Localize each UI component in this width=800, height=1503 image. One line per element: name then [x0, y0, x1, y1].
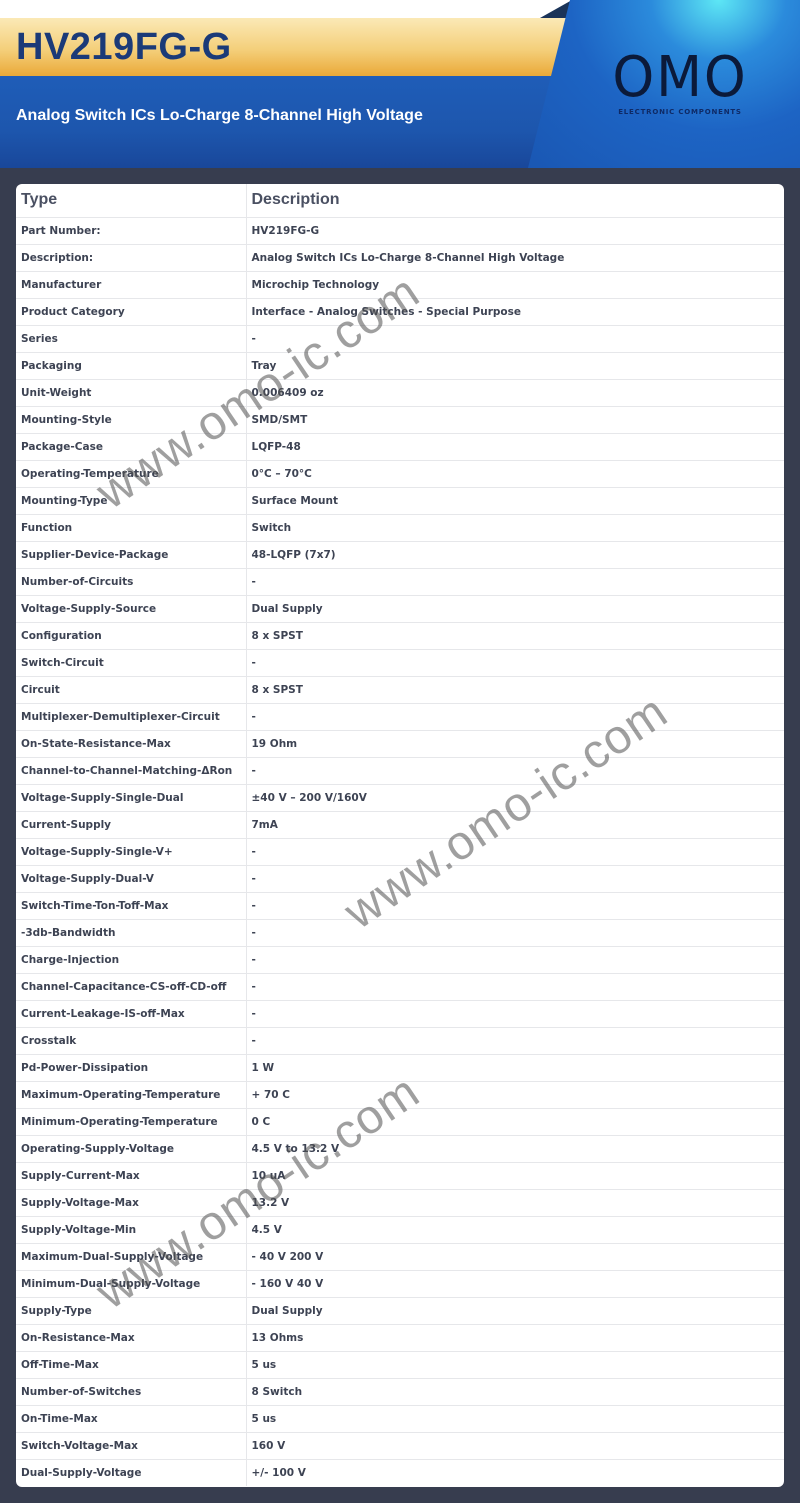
table-row: Product CategoryInterface - Analog Switc…: [16, 298, 784, 325]
table-row: Off-Time-Max5 us: [16, 1351, 784, 1378]
spec-value: 0.006409 oz: [246, 379, 784, 406]
table-row: PackagingTray: [16, 352, 784, 379]
column-header-description: Description: [246, 184, 784, 217]
table-row: On-Resistance-Max13 Ohms: [16, 1324, 784, 1351]
spec-type: Switch-Time-Ton-Toff-Max: [16, 892, 246, 919]
spec-value: 13 Ohms: [246, 1324, 784, 1351]
spec-value: 160 V: [246, 1432, 784, 1459]
spec-type: Supplier-Device-Package: [16, 541, 246, 568]
spec-value: Switch: [246, 514, 784, 541]
spec-type: Voltage-Supply-Single-V+: [16, 838, 246, 865]
spec-value: -: [246, 919, 784, 946]
spec-value: Analog Switch ICs Lo-Charge 8-Channel Hi…: [246, 244, 784, 271]
spec-value: Tray: [246, 352, 784, 379]
spec-type: Current-Leakage-IS-off-Max: [16, 1000, 246, 1027]
spec-type: Description:: [16, 244, 246, 271]
spec-value: -: [246, 865, 784, 892]
spec-type: On-State-Resistance-Max: [16, 730, 246, 757]
spec-type: Crosstalk: [16, 1027, 246, 1054]
table-row: Supply-Voltage-Min4.5 V: [16, 1216, 784, 1243]
spec-value: -: [246, 325, 784, 352]
table-row: Voltage-Supply-Single-V+-: [16, 838, 784, 865]
table-row: Mounting-TypeSurface Mount: [16, 487, 784, 514]
spec-value: 4.5 V to 13.2 V: [246, 1135, 784, 1162]
spec-value: 4.5 V: [246, 1216, 784, 1243]
spec-value: 8 x SPST: [246, 676, 784, 703]
spec-value: 13.2 V: [246, 1189, 784, 1216]
spec-value: 0°C – 70°C: [246, 460, 784, 487]
spec-value: 5 us: [246, 1351, 784, 1378]
spec-value: -: [246, 973, 784, 1000]
spec-type: Mounting-Type: [16, 487, 246, 514]
spec-type: Maximum-Operating-Temperature: [16, 1081, 246, 1108]
table-row: Voltage-Supply-Dual-V-: [16, 865, 784, 892]
spec-value: - 160 V 40 V: [246, 1270, 784, 1297]
spec-value: 5 us: [246, 1405, 784, 1432]
spec-value: -: [246, 649, 784, 676]
spec-type: Manufacturer: [16, 271, 246, 298]
table-row: Pd-Power-Dissipation1 W: [16, 1054, 784, 1081]
table-row: Series-: [16, 325, 784, 352]
spec-value: Microchip Technology: [246, 271, 784, 298]
table-row: Maximum-Operating-Temperature+ 70 C: [16, 1081, 784, 1108]
spec-type: Supply-Type: [16, 1297, 246, 1324]
spec-type: Product Category: [16, 298, 246, 325]
table-row: Voltage-Supply-Single-Dual±40 V – 200 V/…: [16, 784, 784, 811]
spec-value: 1 W: [246, 1054, 784, 1081]
page-title: HV219FG-G: [16, 26, 232, 69]
spec-type: Minimum-Operating-Temperature: [16, 1108, 246, 1135]
spec-type: Switch-Voltage-Max: [16, 1432, 246, 1459]
logo-mark: OMO: [604, 50, 756, 106]
spec-type: Channel-Capacitance-CS-off-CD-off: [16, 973, 246, 1000]
table-row: Voltage-Supply-SourceDual Supply: [16, 595, 784, 622]
spec-type: Pd-Power-Dissipation: [16, 1054, 246, 1081]
table-row: Operating-Supply-Voltage4.5 V to 13.2 V: [16, 1135, 784, 1162]
table-row: Supply-TypeDual Supply: [16, 1297, 784, 1324]
spec-table-card: Type Description Part Number:HV219FG-GDe…: [16, 184, 784, 1487]
spec-value: - 40 V 200 V: [246, 1243, 784, 1270]
spec-value: HV219FG-G: [246, 217, 784, 244]
table-row: Operating-Temperature0°C – 70°C: [16, 460, 784, 487]
spec-value: Surface Mount: [246, 487, 784, 514]
spec-type: Part Number:: [16, 217, 246, 244]
table-row: Package-CaseLQFP-48: [16, 433, 784, 460]
spec-type: Channel-to-Channel-Matching-ΔRon: [16, 757, 246, 784]
spec-type: Configuration: [16, 622, 246, 649]
table-row: Minimum-Operating-Temperature0 C: [16, 1108, 784, 1135]
table-row: Dual-Supply-Voltage+/- 100 V: [16, 1459, 784, 1486]
table-row: Supplier-Device-Package48-LQFP (7x7): [16, 541, 784, 568]
spec-type: Supply-Voltage-Min: [16, 1216, 246, 1243]
table-row: Switch-Circuit-: [16, 649, 784, 676]
page-header: HV219FG-G Analog Switch ICs Lo-Charge 8-…: [0, 0, 800, 168]
spec-value: Interface - Analog Switches - Special Pu…: [246, 298, 784, 325]
spec-table-body: Part Number:HV219FG-GDescription:Analog …: [16, 217, 784, 1486]
spec-type: Function: [16, 514, 246, 541]
spec-value: -: [246, 703, 784, 730]
column-header-type: Type: [16, 184, 246, 217]
spec-value: 8 Switch: [246, 1378, 784, 1405]
company-logo: OMO ELECTRONIC COMPONENTS: [600, 50, 760, 116]
spec-type: Package-Case: [16, 433, 246, 460]
table-row: Current-Supply7mA: [16, 811, 784, 838]
spec-value: SMD/SMT: [246, 406, 784, 433]
spec-value: -: [246, 1027, 784, 1054]
spec-type: Series: [16, 325, 246, 352]
table-row: Configuration8 x SPST: [16, 622, 784, 649]
spec-value: -: [246, 757, 784, 784]
spec-type: On-Resistance-Max: [16, 1324, 246, 1351]
table-header-row: Type Description: [16, 184, 784, 217]
spec-type: Circuit: [16, 676, 246, 703]
table-row: On-State-Resistance-Max19 Ohm: [16, 730, 784, 757]
table-row: -3db-Bandwidth-: [16, 919, 784, 946]
spec-value: -: [246, 946, 784, 973]
table-row: FunctionSwitch: [16, 514, 784, 541]
spec-value: -: [246, 838, 784, 865]
spec-type: Multiplexer-Demultiplexer-Circuit: [16, 703, 246, 730]
spec-value: -: [246, 1000, 784, 1027]
spec-value: Dual Supply: [246, 1297, 784, 1324]
spec-type: Operating-Supply-Voltage: [16, 1135, 246, 1162]
table-row: Current-Leakage-IS-off-Max-: [16, 1000, 784, 1027]
table-row: Part Number:HV219FG-G: [16, 217, 784, 244]
table-row: Number-of-Switches8 Switch: [16, 1378, 784, 1405]
spec-value: 10 uA: [246, 1162, 784, 1189]
spec-type: On-Time-Max: [16, 1405, 246, 1432]
table-row: Charge-Injection-: [16, 946, 784, 973]
table-row: Channel-Capacitance-CS-off-CD-off-: [16, 973, 784, 1000]
spec-value: 0 C: [246, 1108, 784, 1135]
spec-type: Minimum-Dual-Supply-Voltage: [16, 1270, 246, 1297]
table-row: Number-of-Circuits-: [16, 568, 784, 595]
spec-value: 7mA: [246, 811, 784, 838]
spec-type: Operating-Temperature: [16, 460, 246, 487]
spec-type: Unit-Weight: [16, 379, 246, 406]
spec-type: Off-Time-Max: [16, 1351, 246, 1378]
spec-type: Voltage-Supply-Single-Dual: [16, 784, 246, 811]
spec-type: Dual-Supply-Voltage: [16, 1459, 246, 1486]
spec-type: -3db-Bandwidth: [16, 919, 246, 946]
spec-value: 48-LQFP (7x7): [246, 541, 784, 568]
spec-value: LQFP-48: [246, 433, 784, 460]
spec-type: Voltage-Supply-Dual-V: [16, 865, 246, 892]
table-row: On-Time-Max5 us: [16, 1405, 784, 1432]
table-row: Maximum-Dual-Supply-Voltage- 40 V 200 V: [16, 1243, 784, 1270]
spec-type: Number-of-Switches: [16, 1378, 246, 1405]
table-row: Mounting-StyleSMD/SMT: [16, 406, 784, 433]
table-row: Supply-Voltage-Max13.2 V: [16, 1189, 784, 1216]
spec-type: Charge-Injection: [16, 946, 246, 973]
table-row: ManufacturerMicrochip Technology: [16, 271, 784, 298]
spec-value: -: [246, 892, 784, 919]
spec-type: Packaging: [16, 352, 246, 379]
spec-type: Switch-Circuit: [16, 649, 246, 676]
spec-type: Voltage-Supply-Source: [16, 595, 246, 622]
spec-table: Type Description Part Number:HV219FG-GDe…: [16, 184, 784, 1486]
spec-value: 19 Ohm: [246, 730, 784, 757]
spec-type: Supply-Voltage-Max: [16, 1189, 246, 1216]
table-row: Minimum-Dual-Supply-Voltage- 160 V 40 V: [16, 1270, 784, 1297]
table-row: Crosstalk-: [16, 1027, 784, 1054]
page-subtitle: Analog Switch ICs Lo-Charge 8-Channel Hi…: [16, 107, 423, 125]
table-row: Description:Analog Switch ICs Lo-Charge …: [16, 244, 784, 271]
spec-value: ±40 V – 200 V/160V: [246, 784, 784, 811]
table-row: Switch-Voltage-Max160 V: [16, 1432, 784, 1459]
table-row: Channel-to-Channel-Matching-ΔRon-: [16, 757, 784, 784]
spec-type: Mounting-Style: [16, 406, 246, 433]
spec-value: +/- 100 V: [246, 1459, 784, 1486]
spec-value: 8 x SPST: [246, 622, 784, 649]
spec-type: Supply-Current-Max: [16, 1162, 246, 1189]
table-row: Multiplexer-Demultiplexer-Circuit-: [16, 703, 784, 730]
spec-type: Current-Supply: [16, 811, 246, 838]
spec-value: -: [246, 568, 784, 595]
spec-value: Dual Supply: [246, 595, 784, 622]
spec-type: Number-of-Circuits: [16, 568, 246, 595]
spec-type: Maximum-Dual-Supply-Voltage: [16, 1243, 246, 1270]
table-row: Switch-Time-Ton-Toff-Max-: [16, 892, 784, 919]
table-row: Unit-Weight0.006409 oz: [16, 379, 784, 406]
table-row: Supply-Current-Max10 uA: [16, 1162, 784, 1189]
spec-value: + 70 C: [246, 1081, 784, 1108]
table-row: Circuit8 x SPST: [16, 676, 784, 703]
